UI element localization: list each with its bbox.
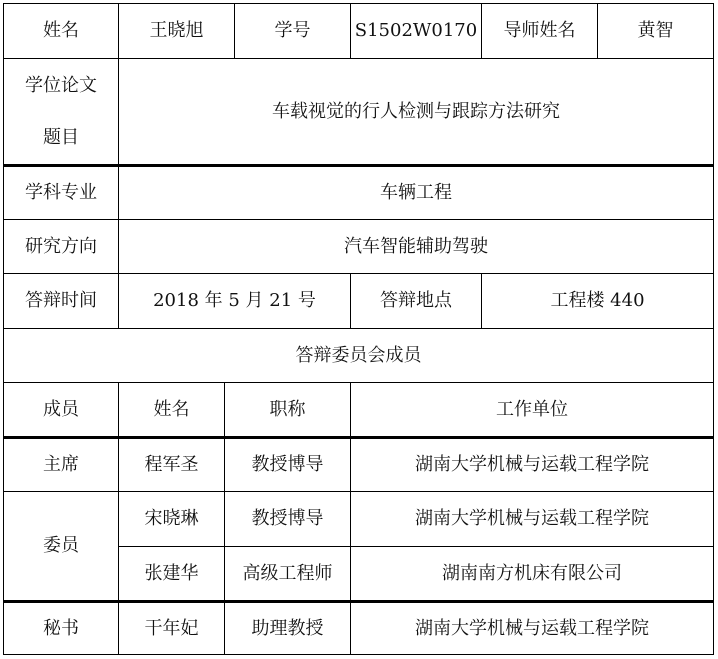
defense-place-value: 工程楼 440: [481, 273, 714, 329]
header-name: 姓名: [118, 382, 225, 437]
defense-place-label: 答辩地点: [350, 273, 482, 329]
advisor-label: 导师姓名: [481, 3, 598, 59]
defense-committee-table: 姓名 王晓旭 学号 S1502W0170 导师姓名 黄智 学位论文 题目 车载视…: [4, 4, 714, 655]
row-chair-name: 程军圣: [118, 436, 225, 492]
row-chair-unit: 湖南大学机械与运载工程学院: [350, 436, 714, 492]
header-unit: 工作单位: [350, 382, 714, 437]
advisor-value: 黄智: [597, 3, 714, 59]
row-member1-unit: 湖南大学机械与运载工程学院: [350, 491, 714, 547]
row-secretary-title: 助理教授: [224, 600, 351, 655]
row-member1-name: 宋晓琳: [118, 491, 225, 547]
row-member2-title: 高级工程师: [224, 546, 351, 601]
row-secretary-unit: 湖南大学机械与运载工程学院: [350, 600, 714, 655]
row-member2-unit: 湖南南方机床有限公司: [350, 546, 714, 601]
header-role: 成员: [3, 382, 119, 437]
defense-time-value: 2018 年 5 月 21 号: [118, 273, 351, 329]
row-secretary-role: 秘书: [3, 600, 119, 655]
thesis-label: 学位论文 题目: [3, 58, 119, 165]
student-id-value: S1502W0170: [350, 3, 482, 59]
thesis-value: 车载视觉的行人检测与跟踪方法研究: [118, 58, 714, 165]
thesis-label-line2: 题目: [43, 112, 79, 164]
header-title: 职称: [224, 382, 351, 437]
name-label: 姓名: [3, 3, 119, 59]
direction-label: 研究方向: [3, 219, 119, 274]
major-value: 车辆工程: [118, 164, 714, 220]
row-chair-role: 主席: [3, 436, 119, 492]
row-secretary-name: 干年妃: [118, 600, 225, 655]
row-member2-name: 张建华: [118, 546, 225, 601]
committee-title: 答辩委员会成员: [3, 328, 714, 383]
row-member1-title: 教授博导: [224, 491, 351, 547]
name-value: 王晓旭: [118, 3, 235, 59]
defense-time-label: 答辩时间: [3, 273, 119, 329]
student-id-label: 学号: [234, 3, 351, 59]
thesis-label-line1: 学位论文: [25, 60, 97, 112]
major-label: 学科专业: [3, 164, 119, 220]
direction-value: 汽车智能辅助驾驶: [118, 219, 714, 274]
row-chair-title: 教授博导: [224, 436, 351, 492]
row-member-role: 委员: [3, 491, 119, 601]
